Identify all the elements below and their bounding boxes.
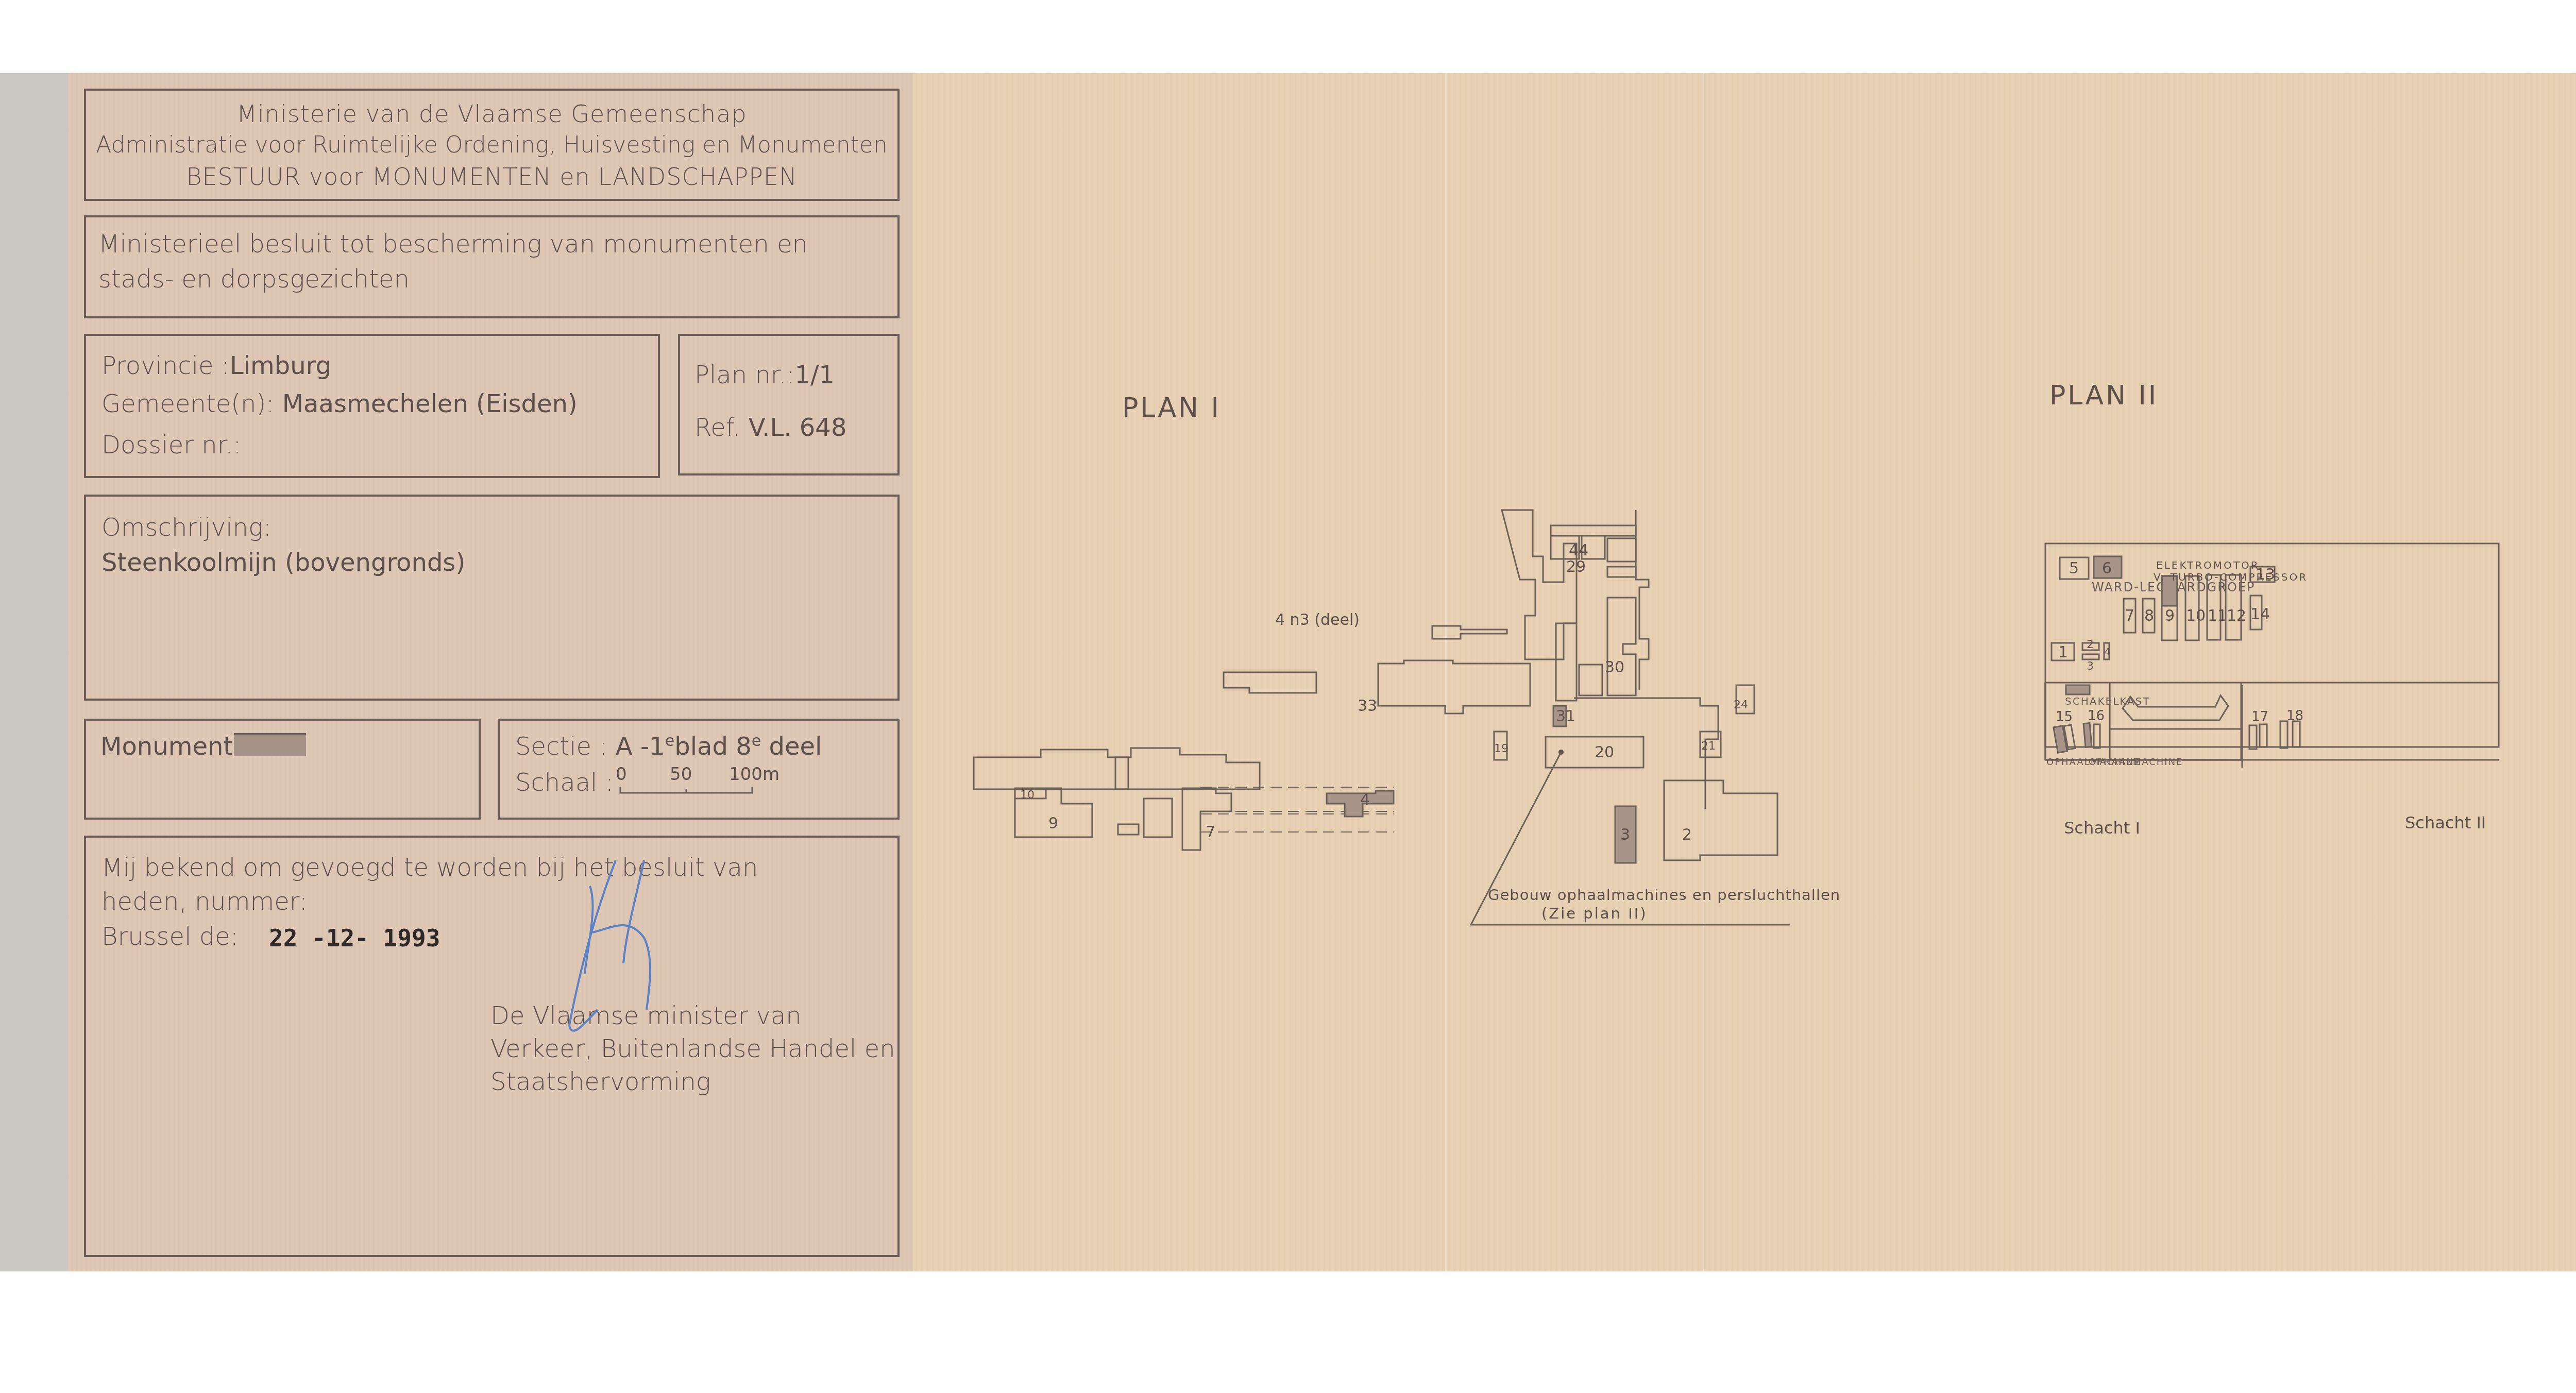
svg-text:6: 6	[2102, 559, 2112, 577]
monument-legend-box: Monument:	[84, 719, 481, 820]
monument-swatch	[234, 733, 306, 756]
svg-text:2: 2	[1682, 826, 1692, 844]
minister-line-3: Staatshervorming	[490, 1067, 711, 1096]
ministry-header-box: Ministerie van de Vlaamse Gemeenschap Ad…	[84, 89, 900, 201]
svg-text:16: 16	[2088, 708, 2105, 724]
provincie-value: Limburg	[230, 351, 331, 380]
svg-text:33: 33	[1358, 697, 1377, 715]
sectie-label: Sectie :	[515, 732, 608, 761]
plan-reference-box: Plan nr.:1/1 Ref. V.L. 648	[678, 334, 900, 475]
svg-text:5: 5	[2069, 559, 2079, 577]
svg-text:4: 4	[2104, 645, 2111, 658]
svg-text:10: 10	[2186, 607, 2206, 625]
sectie-part-number: 8	[736, 732, 752, 761]
ref-value: V.L. 648	[749, 413, 847, 442]
scale-tick-50: 50	[670, 764, 692, 785]
svg-text:9: 9	[1048, 814, 1058, 833]
plan-number-value: 1/1	[795, 361, 835, 389]
plan-1-callout-line-2: (Zie plan II)	[1541, 905, 1648, 922]
plan-number-label: Plan nr.:	[694, 361, 795, 389]
svg-text:9: 9	[2165, 607, 2175, 625]
svg-text:10: 10	[1020, 789, 1035, 802]
date-stamp: 22 -12- 1993	[269, 924, 440, 952]
sectie-blad: blad	[674, 732, 728, 761]
decree-line-2: stads- en dorpsgezichten	[98, 265, 410, 294]
handwritten-signature	[567, 855, 773, 1072]
svg-text:15: 15	[2056, 709, 2073, 725]
gemeente-value: Maasmechelen (Eisden)	[282, 389, 578, 418]
sectie-sup: e	[665, 732, 674, 750]
ministry-line-1: Ministerie van de Vlaamse Gemeenschap	[86, 100, 897, 128]
decree-line-1: Ministerieel besluit tot bescherming van…	[98, 230, 808, 259]
svg-text:8: 8	[2144, 607, 2154, 625]
scale-tick-0: 0	[616, 764, 627, 785]
schaal-label: Schaal :	[515, 768, 614, 797]
svg-text:31: 31	[1556, 707, 1575, 725]
description-box: Omschrijving: Steenkoolmijn (bovengronds…	[84, 495, 900, 701]
svg-text:21: 21	[1701, 740, 1716, 753]
svg-text:14: 14	[2250, 605, 2270, 623]
svg-text:7: 7	[2125, 607, 2134, 625]
svg-text:20: 20	[1595, 743, 1614, 761]
description-value: Steenkoolmijn (bovengronds)	[101, 548, 465, 577]
svg-text:7: 7	[1206, 823, 1215, 841]
svg-text:1: 1	[2058, 643, 2068, 661]
brussel-label: Brussel de:	[101, 922, 239, 951]
svg-text:3: 3	[1620, 826, 1630, 844]
section-scale-box: Sectie : A -1eblad 8e deel Schaal : 0 50…	[498, 719, 900, 820]
svg-text:11: 11	[2208, 607, 2227, 625]
ministry-line-3: BESTUUR voor MONUMENTEN en LANDSCHAPPEN	[86, 163, 897, 191]
svg-text:19: 19	[1494, 742, 1509, 755]
plan-2-title: PLAN II	[2049, 380, 2158, 411]
elektromotor-label-1: ELEKTROMOTOR	[2156, 559, 2260, 571]
schakelkast-monument	[2066, 685, 2090, 694]
svg-text:12: 12	[2227, 607, 2246, 625]
description-label: Omschrijving:	[101, 513, 272, 542]
monument-label: Monument:	[100, 732, 241, 761]
scale-tick-100: 100m	[729, 764, 779, 785]
svg-text:30: 30	[1605, 658, 1624, 676]
gemeente-label: Gemeente(n):	[101, 389, 274, 418]
location-box: Provincie :Limburg Gemeente(n): Maasmech…	[84, 334, 660, 478]
svg-text:17: 17	[2251, 709, 2268, 725]
dossier-label: Dossier nr.:	[101, 431, 241, 460]
sectie-a: A -	[616, 732, 649, 761]
approval-box: Mij bekend om gevoegd te worden bij het …	[84, 836, 900, 1257]
ref-label: Ref.	[694, 413, 740, 442]
decree-box: Ministerieel besluit tot bescherming van…	[84, 215, 900, 318]
sectie-sup: e	[752, 732, 761, 750]
sectie-deel: deel	[769, 732, 822, 761]
svg-text:3: 3	[2087, 660, 2094, 673]
svg-text:44: 44	[1569, 541, 1588, 559]
plan-1-title: PLAN I	[1122, 393, 1221, 423]
svg-text:29: 29	[1566, 558, 1586, 576]
svg-text:2: 2	[2087, 638, 2094, 651]
provincie-label: Provincie :	[101, 351, 230, 380]
schacht-1-label: Schacht I	[2064, 818, 2140, 838]
sectie-sheet-number: 1	[649, 732, 665, 761]
scale-bar	[619, 787, 774, 797]
approval-line-2: heden, nummer:	[101, 887, 308, 916]
ministry-line-2: Administratie voor Ruimtelijke Ordening,…	[86, 132, 897, 158]
plan-1-callout-line-1: Gebouw ophaalmachines en persluchthallen	[1488, 886, 1840, 904]
elektromotor-label-2: V. TURBO-COMPRESSOR	[2154, 571, 2308, 583]
svg-text:4: 4	[1360, 791, 1370, 809]
schacht-2-label: Schacht II	[2405, 813, 2486, 833]
svg-text:24: 24	[1734, 699, 1748, 711]
building-outline	[1502, 510, 1577, 659]
ophaalmachine-1-label: OPHAALMACHINE	[2089, 757, 2183, 768]
